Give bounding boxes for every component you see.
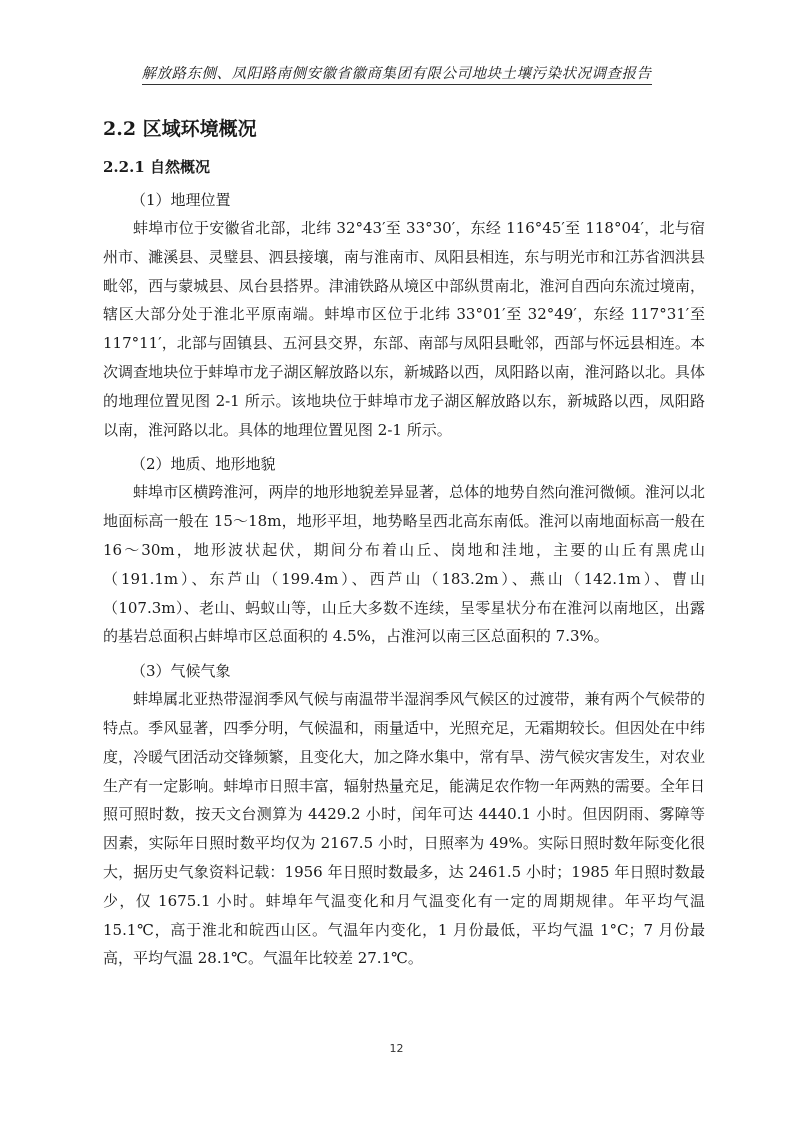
page-number: 12 [0,1042,793,1055]
item-label-climate: （3）气候气象 [103,657,705,685]
page-body: 2.2 区域环境概况 2.2.1 自然概况 （1）地理位置 蚌埠市位于安徽省北部… [103,114,705,973]
paragraph-climate: 蚌埠属北亚热带湿润季风气候与南温带半湿润季风气候区的过渡带，兼有两个气候带的特点… [103,685,705,973]
running-header: 解放路东侧、凤阳路南侧安徽省徽商集团有限公司地块土壤污染状况调查报告 [0,62,793,83]
report-title: 解放路东侧、凤阳路南侧安徽省徽商集团有限公司地块土壤污染状况调查报告 [142,66,652,85]
paragraph-geography: 蚌埠市位于安徽省北部，北纬 32°43′至 33°30′，东经 116°45′至… [103,214,705,444]
section-heading: 2.2 区域环境概况 [103,114,705,144]
item-label-geography: （1）地理位置 [103,186,705,214]
item-label-geology: （2）地质、地形地貌 [103,450,705,478]
paragraph-geology: 蚌埠市区横跨淮河，两岸的地形地貌差异显著，总体的地势自然向淮河微倾。淮河以北地面… [103,478,705,651]
subsection-heading: 2.2.1 自然概况 [103,154,705,180]
